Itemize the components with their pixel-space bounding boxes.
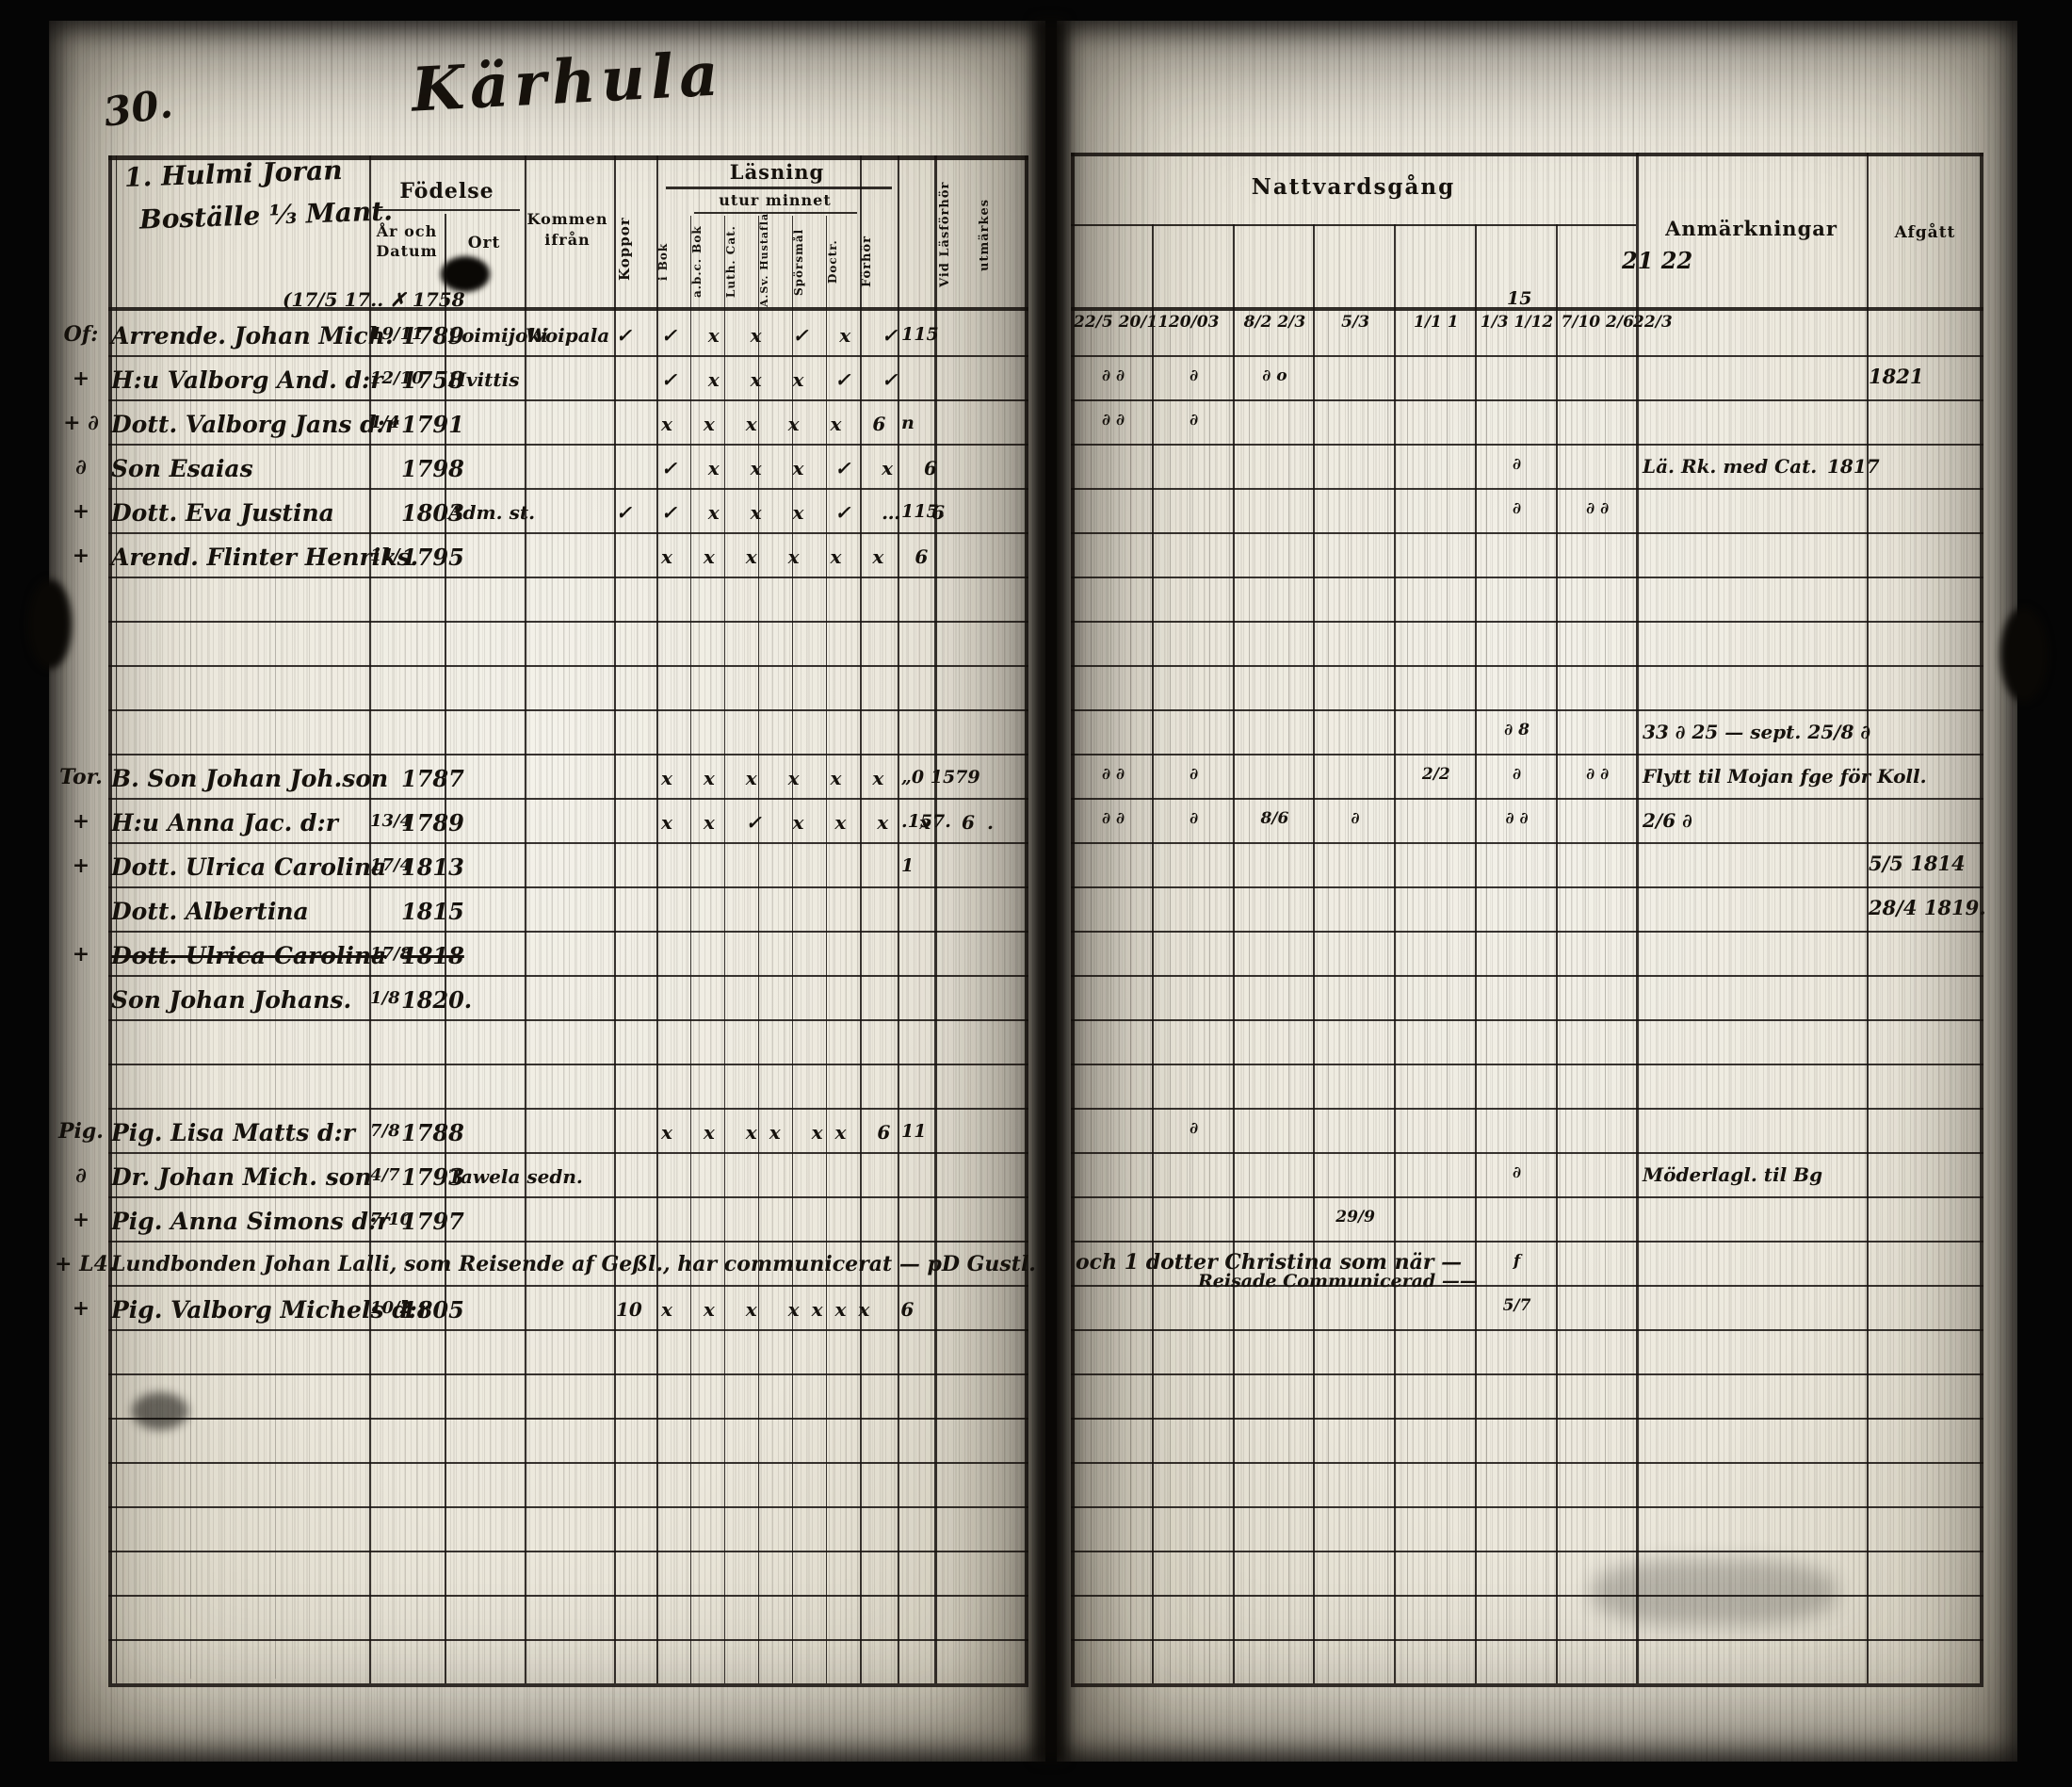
rule-line <box>108 665 1028 667</box>
entry-name: Dott. Ulrica Carolina <box>111 853 386 881</box>
communion-mark-added: 22/3 <box>1633 313 1673 332</box>
entry-examination-mark: 1 <box>901 855 914 876</box>
entry-name: Arrende. Johan Mich. <box>111 322 394 349</box>
rule-line <box>694 212 857 214</box>
rule-line <box>108 355 1028 357</box>
rule-line <box>108 1506 1028 1508</box>
entry-birth-date: 11/ <box>370 545 400 565</box>
entry-name: Dott. Valborg Jans d:r <box>111 411 397 438</box>
rule-line <box>108 931 1028 933</box>
communion-mark: ∂ <box>1155 765 1234 784</box>
entry-birth-date: 4/7 <box>370 1165 400 1185</box>
entry-birth-date: 1/4 <box>370 413 400 432</box>
rule-line <box>1071 1108 1983 1110</box>
entry-remark: 33 ∂ 25 — sept. 25/8 ∂ <box>1643 721 1870 743</box>
rule-line <box>1071 931 1983 933</box>
rule-line <box>1071 307 1983 311</box>
margin-mark: Pig. <box>55 1119 107 1144</box>
margin-mark: + <box>55 1208 107 1232</box>
entry-birth-place: Adm. st. <box>448 501 535 524</box>
entry-smallpox-mark: ✓ <box>616 324 632 347</box>
page-title: Kärhula <box>410 39 725 125</box>
communion-mark: 5/7 <box>1478 1296 1557 1315</box>
communion-mark: 22/5 20/11 <box>1074 313 1153 332</box>
entry-birth-year: 1805 <box>401 1296 464 1324</box>
communion-mark: 2/2 <box>1397 765 1476 784</box>
rule-line <box>108 798 1028 800</box>
rule-line <box>108 307 1028 311</box>
col-header-i-bok: i Bok <box>656 217 690 307</box>
communion-mark: 8/2 2/3 <box>1235 313 1314 332</box>
entry-birth-place: Hvittis <box>448 368 519 391</box>
communion-mark: f <box>1478 1252 1557 1271</box>
rule-line <box>1071 355 1983 357</box>
rule-line <box>1313 224 1315 1683</box>
rule-line <box>108 1019 1028 1021</box>
col-header-luth-cat: Luth. Cat. <box>724 217 758 307</box>
rule-line <box>1071 842 1983 844</box>
communion-mark: ∂ <box>1316 809 1395 828</box>
rule-line <box>792 216 793 1683</box>
communion-mark: ∂ <box>1478 1163 1557 1182</box>
entry-departed-date: 5/5 1814 <box>1869 852 1966 875</box>
rule-line <box>1071 1418 1983 1420</box>
rule-line <box>525 155 526 1683</box>
page-number: 30. <box>101 80 175 136</box>
entry-long-note: Lundbonden Johan Lalli, som Reisende af … <box>111 1252 1036 1276</box>
rule-line <box>614 155 616 1683</box>
gutter-shadow <box>1034 19 1066 1762</box>
entry-name: Dr. Johan Mich. son <box>111 1163 372 1191</box>
entry-reading-marks: ✓ x x ✓ x ✓ <box>661 324 910 347</box>
entry-remark: Lä. Rk. med Cat. <box>1643 455 1817 478</box>
rule-line <box>1071 1373 1983 1375</box>
col-header-sporsmal: Spörsmål <box>792 217 826 307</box>
left-page: 30. Kärhula 1. Hulmi Joran Boställe ⅓ Ma… <box>49 21 1045 1762</box>
margin-mark: + <box>55 544 107 568</box>
entry-birth-year: 1798 <box>401 455 464 482</box>
rule-line <box>1071 1152 1983 1154</box>
margin-mark: + <box>55 853 107 878</box>
communion-mark: ∂ <box>1155 411 1234 430</box>
rule-line <box>666 187 892 189</box>
rule-line <box>1071 1551 1983 1552</box>
rule-line <box>108 1285 1028 1287</box>
entry-birth-year: 1788 <box>401 1119 464 1146</box>
entry-examination-mark: 115. <box>901 501 945 522</box>
col-header-koppor: Koppor <box>616 192 656 305</box>
rule-line <box>108 709 1028 711</box>
margin-mark: + L4. <box>55 1252 107 1276</box>
rule-line <box>108 1683 1028 1687</box>
entry-birth-year: 1791 <box>401 411 464 438</box>
entry-reading-marks: x x x x x x <box>661 767 896 789</box>
rule-line <box>108 1418 1028 1420</box>
col-header-hustafla: A.Sv. Hustafla <box>758 217 792 307</box>
entry-name: Son Johan Johans. <box>111 986 351 1014</box>
rule-line <box>374 209 520 211</box>
rule-line <box>108 399 1028 401</box>
rule-line <box>1071 224 1636 226</box>
communion-mark: 8/6 <box>1235 809 1314 828</box>
entry-remark: 2/6 ∂ <box>1643 809 1692 832</box>
communion-mark: ∂ ∂ <box>1558 765 1637 784</box>
rule-line <box>108 1551 1028 1552</box>
communion-mark: ∂ <box>1478 765 1557 784</box>
rule-line <box>826 216 827 1683</box>
entry-birth-year: 1797 <box>401 1208 464 1235</box>
rule-line <box>108 1108 1028 1110</box>
entry-birth-date: 7/8 <box>370 1121 400 1141</box>
rule-line <box>108 1064 1028 1065</box>
rule-line <box>108 1373 1028 1375</box>
ink-blot <box>441 256 490 292</box>
entry-remark: Möderlagl. til Bg <box>1643 1163 1822 1186</box>
entry-reading-marks: x x x x x 6 <box>661 413 898 435</box>
scanned-parish-register: 30. Kärhula 1. Hulmi Joran Boställe ⅓ Ma… <box>0 0 2072 1787</box>
rule-line <box>108 842 1028 844</box>
rule-line <box>108 155 1028 160</box>
communion-mark: ∂ <box>1155 809 1234 828</box>
entry-name: Pig. Anna Simons d:r <box>111 1208 389 1235</box>
entry-remark-year: 1817 <box>1827 455 1880 478</box>
col-header-abc-bok: a.b.c. Bok <box>690 217 724 307</box>
rule-line <box>108 1241 1028 1243</box>
margin-mark: + <box>55 366 107 391</box>
entry-birth-date: 1/8 <box>370 988 400 1008</box>
rule-line <box>1071 532 1983 534</box>
margin-mark: Tor. <box>55 765 107 789</box>
rule-line <box>1071 488 1983 490</box>
rule-line <box>1556 224 1558 1683</box>
rule-line <box>108 1152 1028 1154</box>
entry-name: H:u Anna Jac. d:r <box>111 809 338 837</box>
entry-reading-marks: x x x x x x 6 <box>661 545 940 568</box>
margin-mark: + <box>55 809 107 834</box>
entry-name struck: Dott. Ulrica Carolina <box>111 942 386 969</box>
entry-reading-marks: ✓ x x x ✓ ✓ <box>661 368 910 391</box>
rule-line <box>1071 1595 1983 1597</box>
entry-birth-year: 1820. <box>401 986 472 1014</box>
entry-reading-marks: x x ✓ x x x x 6. <box>661 811 1006 834</box>
communion-mark: 7/10 2/6 <box>1558 313 1637 332</box>
rule-line <box>1071 1462 1983 1464</box>
margin-mark: + <box>55 499 107 524</box>
communion-mark: ∂ <box>1155 366 1234 385</box>
scan-edge-notch-left <box>28 579 72 669</box>
rule-line <box>108 1329 1028 1331</box>
col-header-nattvardsgang: Nattvardsgång <box>1071 174 1636 200</box>
entry-departed-date: 1821 <box>1869 365 1923 388</box>
margin-mark: ∂ <box>55 455 107 479</box>
entry-departed-date: 28/4 1819. <box>1869 896 1986 919</box>
holding-name-line2: Boställe ⅓ Mant. <box>139 195 394 235</box>
year-header-added: 21 22 <box>1622 247 1692 274</box>
rule-line <box>1071 1506 1983 1508</box>
rule-line <box>1475 224 1477 1683</box>
rule-line <box>1071 886 1983 888</box>
entry-birth-year: 1795 <box>401 544 464 571</box>
rule-line <box>1071 1241 1983 1243</box>
communion-mark: ∂ <box>1478 455 1557 474</box>
rule-line <box>1233 224 1235 1683</box>
entry-reading-marks: x x x xxxx 6 <box>661 1298 926 1321</box>
communion-mark: ∂ ∂ <box>1074 765 1153 784</box>
rule-line <box>1071 754 1983 755</box>
communion-mark: 5/3 <box>1316 313 1395 332</box>
col-header-anmarkningar: Anmärkningar <box>1636 217 1867 240</box>
rule-line <box>1071 1196 1983 1198</box>
entry-name: Dott. Albertina <box>111 898 309 925</box>
smudge-bottom-left <box>132 1392 188 1430</box>
entry-birth-year: 1815 <box>401 898 464 925</box>
col-header-doctr: Doctr. <box>826 217 860 307</box>
entry-name: B. Son Johan Joh.son <box>111 765 388 792</box>
rule-line <box>108 444 1028 446</box>
entry-name: Son Esaias <box>111 455 253 482</box>
communion-mark: ∂ 8 <box>1478 721 1557 739</box>
col-header-utur-minnet: utur minnet <box>690 191 860 209</box>
scan-edge-notch-right <box>2000 608 2048 702</box>
entry-smallpox-mark: 10 <box>616 1298 642 1321</box>
margin-mark: + ∂ <box>55 411 107 435</box>
rule-line <box>1636 153 1639 1683</box>
entry-came-from: Woipala <box>526 324 609 347</box>
communion-mark: ∂ <box>1155 1119 1234 1138</box>
rule-line <box>1071 1639 1983 1641</box>
entry-remark: Flytt til Mojan fge för Koll. <box>1643 765 1927 788</box>
entry-birth-year: 1789 <box>401 809 464 837</box>
margin-mark: Of: <box>55 322 107 347</box>
entry-birth-place: Tawela sedn. <box>448 1165 583 1188</box>
entry-examination-mark: 115 <box>901 324 939 345</box>
rule-line <box>1025 155 1028 1683</box>
entry-long-note-continued-2: Reisade Communicerad —— <box>1198 1271 1478 1292</box>
entry-birth-correction: (17/5 17.. ✗ 1758 <box>283 288 465 311</box>
communion-mark: ∂ ∂ <box>1074 411 1153 430</box>
rule-line <box>108 975 1028 977</box>
rule-line <box>1071 709 1983 711</box>
rule-line <box>1071 1064 1983 1065</box>
communion-mark: ∂ ∂ <box>1478 809 1557 828</box>
entry-birth-year: 1787 <box>401 765 464 792</box>
year-1819-annotation: 15 <box>1507 288 1531 309</box>
entry-reading-marks: ✓ x x x ✓ x 6 <box>661 457 949 479</box>
rule-line <box>1394 224 1396 1683</box>
rule-line <box>1071 1019 1983 1021</box>
rule-line <box>1071 1329 1983 1331</box>
rule-line <box>758 216 759 1683</box>
col-header-utmarkes: utmärkes <box>978 160 1012 309</box>
entry-smallpox-mark: ✓ <box>616 501 632 524</box>
communion-mark: ∂ ∂ <box>1074 809 1153 828</box>
rule-line <box>1071 153 1983 156</box>
rule-line <box>1071 399 1983 401</box>
entry-examination-mark: 11 <box>901 1121 926 1142</box>
col-header-kommen-ifran: Kommen ifrån <box>523 209 612 250</box>
entry-examination-mark: „0 1579 <box>901 767 980 788</box>
col-header-forhor: Förhör <box>860 214 898 308</box>
communion-mark: 29/9 <box>1316 1208 1395 1227</box>
col-header-ar-datum: År och Datum <box>372 222 442 262</box>
rule-line <box>108 577 1028 578</box>
entry-name: Dott. Eva Justina <box>111 499 334 527</box>
holding-name-line1: 1. Hulmi Joran <box>123 154 343 193</box>
col-header-fodelse: Födelse <box>369 179 525 203</box>
col-header-ort: Ort <box>446 234 522 252</box>
col-header-afgatt: Afgått <box>1867 223 1983 242</box>
rule-line <box>108 1196 1028 1198</box>
entry-birth-year struck: 1818 <box>401 942 464 969</box>
rule-line <box>1071 444 1983 446</box>
rule-line <box>108 621 1028 623</box>
rule-line <box>1071 621 1983 623</box>
entry-examination-mark: .157. <box>901 811 951 832</box>
rule-line <box>108 488 1028 490</box>
rule-line <box>1071 975 1983 977</box>
entry-examination-mark: n <box>901 413 915 433</box>
col-header-vid-lasforhor: Vid Läsförhör <box>938 160 976 309</box>
communion-mark: ∂ <box>1478 499 1557 518</box>
rule-line <box>108 886 1028 888</box>
margin-mark: + <box>55 1296 107 1321</box>
margin-mark: + <box>55 942 107 967</box>
entry-name: Pig. Lisa Matts d:r <box>111 1119 355 1146</box>
communion-mark: ∂ ∂ <box>1558 499 1637 518</box>
entry-reading-marks: x x xx xx 6 <box>661 1121 902 1144</box>
rule-line <box>1071 1683 1983 1687</box>
margin-mark: ∂ <box>55 1163 107 1188</box>
rule-line <box>108 1639 1028 1641</box>
communion-mark: 20/03 <box>1155 313 1234 332</box>
communion-mark: ∂ o <box>1235 366 1314 385</box>
communion-mark: 1/3 1/12 <box>1478 313 1557 332</box>
rule-line <box>108 1462 1028 1464</box>
right-page: Nattvardsgång 21 22 15 Anmärkningar Afgå… <box>1057 21 2017 1762</box>
rule-line <box>1071 577 1983 578</box>
rule-line <box>724 216 725 1683</box>
rule-line <box>108 532 1028 534</box>
rule-line <box>108 1595 1028 1597</box>
rule-line <box>656 155 658 1683</box>
rule-line <box>108 754 1028 755</box>
rule-line <box>934 155 937 1683</box>
entry-name: H:u Valborg And. d:r <box>111 366 382 394</box>
rule-line <box>1071 665 1983 667</box>
rule-line <box>1152 224 1154 1683</box>
rule-line <box>690 216 691 1683</box>
smudge-bottom-right <box>1592 1559 1837 1625</box>
communion-mark: 1/1 1 <box>1397 313 1476 332</box>
communion-mark: ∂ ∂ <box>1074 366 1153 385</box>
rule-line <box>1071 798 1983 800</box>
entry-birth-year: 1813 <box>401 853 464 881</box>
